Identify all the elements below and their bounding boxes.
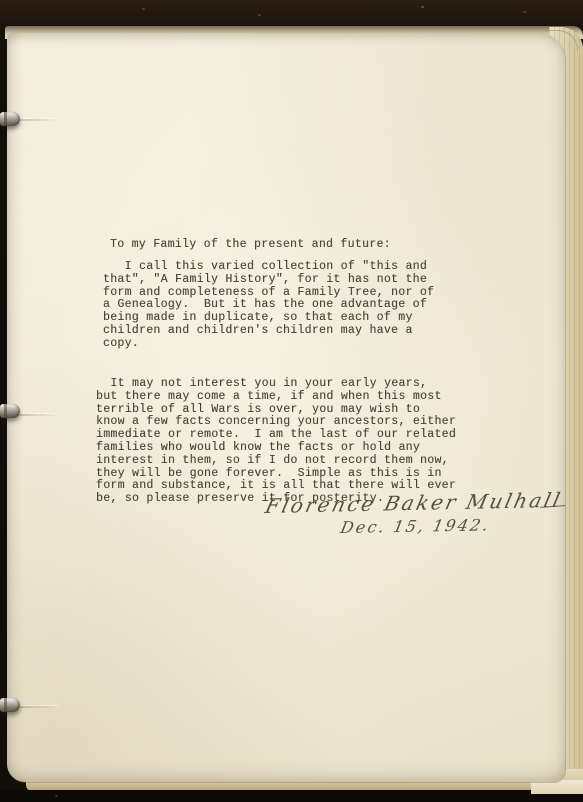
dust-speck xyxy=(142,8,145,10)
letter-paragraph-1: I call this varied collection of "this a… xyxy=(103,261,434,351)
binder-post xyxy=(0,112,20,126)
mat-frame-bottom xyxy=(0,790,583,802)
dust-speck xyxy=(523,11,526,13)
letter-paragraph-2: It may not interest you in your early ye… xyxy=(96,378,456,506)
dust-speck xyxy=(55,795,58,797)
dust-speck xyxy=(258,14,261,16)
page-stack-edge-corner xyxy=(531,780,583,794)
binder-post xyxy=(0,698,20,712)
letter-salutation: To my Family of the present and future: xyxy=(110,239,391,252)
paper-crease xyxy=(16,706,58,708)
handwritten-signature: Florence Baker Mulhall xyxy=(263,488,565,518)
paper-crease xyxy=(16,119,58,121)
album-page: To my Family of the present and future: … xyxy=(7,33,565,782)
photographed-album-page: To my Family of the present and future: … xyxy=(0,0,583,802)
dust-speck xyxy=(421,6,424,8)
paper-crease xyxy=(16,414,58,416)
binder-post xyxy=(0,404,20,418)
handwritten-date: Dec. 15, 1942. xyxy=(339,515,492,537)
